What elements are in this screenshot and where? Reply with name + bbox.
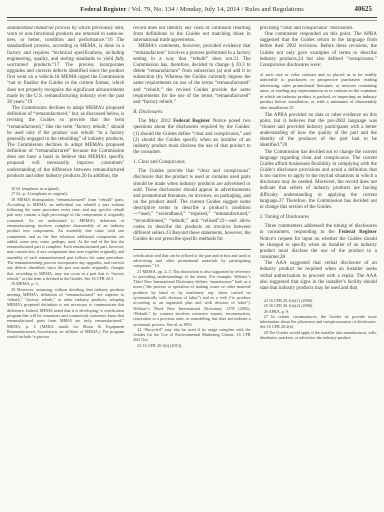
bold-phrase: Federal Register [339, 230, 377, 235]
footnotes-column-3: 24 16 CFR 20.1(b)(1) (2000). 25 16 CFR 2… [260, 298, 377, 340]
footnote-continuation: certification seal that can be affixed t… [133, 253, 250, 269]
body-paragraph: Three commenters addressed the timing of… [260, 224, 377, 261]
footnotes-column-2: certification seal that can be affixed t… [133, 249, 250, 348]
federal-register-page: Federal Register / Vol. 79, No. 134 / Mo… [0, 0, 384, 512]
header-rule [7, 17, 377, 21]
block-quote: of such size or color contrast and so pl… [260, 72, 377, 111]
paragraph-text: Notice posed two questions about the dis… [133, 119, 250, 155]
footnotes-column-1: 16 Id. (emphasis in original). 17 Id., p… [7, 186, 124, 340]
body-paragraph: One commenter responded on this point. T… [260, 32, 377, 69]
footnote: 27 In certain circumstances, the Guides … [260, 314, 377, 330]
body-paragraph: MEMA’s comments, however, provided evide… [133, 44, 250, 106]
footnote: 20 Moreover, assuming, without deciding,… [7, 287, 124, 340]
footnote: 21 MEMA, pp. 2–3. This distinction is al… [133, 269, 250, 327]
paragraph-text: products.”17 The process incorporates up… [7, 63, 124, 105]
section-heading-clear-conspicuous: 1. Clear and Conspicuous [133, 160, 250, 166]
paragraph-text: by which previously sold, worn or non-fu… [7, 26, 124, 62]
section-heading-timing: 2. Timing of Disclosures [260, 215, 377, 221]
footnote: 18 MEMA distinguishes “remanufactured” f… [7, 197, 124, 282]
body-paragraph: The Guides provide that “clear and consp… [133, 169, 250, 243]
section-heading-disclosures: B. Disclosures [133, 110, 250, 116]
page-number: 40625 [355, 6, 373, 14]
body-paragraph: record does not identify any costs or co… [133, 26, 250, 44]
footnote: 28 The Guides would apply if the install… [260, 330, 377, 341]
footnote: 23 16 CFR 20.1(b) (2013). [133, 343, 250, 348]
column-2: record does not identify any costs or co… [133, 26, 250, 506]
column-1: standardized industrial process by which… [7, 26, 124, 506]
footnote: 22 “Recycled” may also be used if its us… [133, 327, 250, 343]
body-paragraph: The APRA provided no data or other evide… [260, 113, 377, 150]
body-paragraph: standardized industrial process by which… [7, 26, 124, 106]
journal-title: Federal Register [80, 6, 126, 13]
body-paragraph: The AAA suggested that verbal disclosure… [260, 261, 377, 292]
paragraph-text: Notice’s request for input on whether th… [260, 237, 377, 260]
bold-phrase: Federal Register [173, 119, 210, 124]
italic-phrase: standardized industrial process [7, 26, 70, 31]
body-paragraph: The Commission declines to adopt MEMA’s … [7, 106, 124, 180]
text-columns: standardized industrial process by which… [7, 26, 377, 506]
running-head: Federal Register / Vol. 79, No. 134 / Mo… [10, 6, 374, 17]
column-3: providing “clear and conspicuous” disclo… [260, 26, 377, 506]
paragraph-text: The May 2012 [138, 119, 173, 124]
body-paragraph: The Commission has decided not to change… [260, 150, 377, 212]
volume-citation: / Vol. 79, No. 134 / Monday, July 14, 20… [128, 6, 304, 13]
body-paragraph: The May 2012 Federal Register Notice pos… [133, 119, 250, 156]
